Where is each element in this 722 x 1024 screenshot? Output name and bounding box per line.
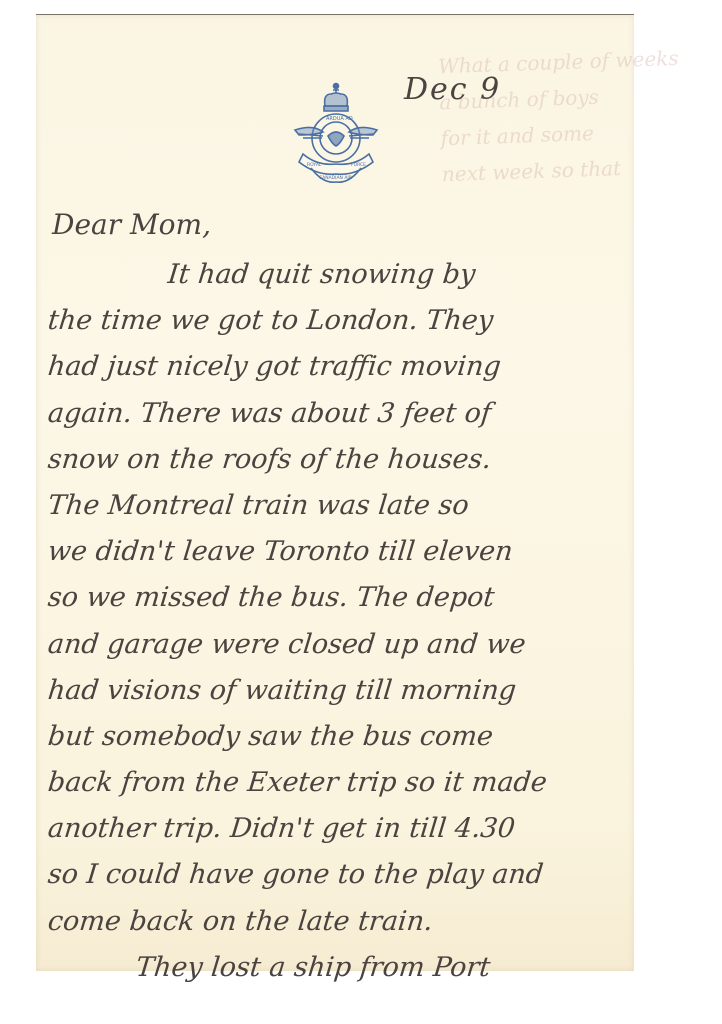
svg-text:CANADIAN AIR: CANADIAN AIR <box>319 175 352 181</box>
body-line: The Montreal train was late so <box>46 483 631 529</box>
crest-motto-text: ARDUA AD <box>326 116 353 122</box>
body-line: another trip. Didn't get in till 4.30 <box>46 806 631 852</box>
body-line: but somebody saw the bus come <box>46 714 631 760</box>
body-line: so we missed the bus. The depot <box>46 575 631 621</box>
bleed-line: next week so that <box>441 150 632 193</box>
body-line: we didn't leave Toronto till eleven <box>46 529 631 575</box>
rcaf-crest-icon: ARDUA AD ROYAL FORCE CANADIAN AIR <box>293 80 379 190</box>
body-line: again. There was about 3 feet of <box>46 391 631 437</box>
letter-body: It had quit snowing by the time we got t… <box>48 252 628 991</box>
svg-text:ROYAL: ROYAL <box>307 162 322 168</box>
body-line: and garage were closed up and we <box>46 622 631 668</box>
svg-text:FORCE: FORCE <box>351 162 366 168</box>
letter-date: Dec 9 <box>404 72 501 107</box>
body-line: come back on the late train. <box>46 899 631 945</box>
body-line: It had quit snowing by <box>46 252 631 298</box>
body-line: back from the Exeter trip so it made <box>46 760 631 806</box>
salutation: Dear Mom, <box>52 208 211 241</box>
body-line: the time we got to London. They <box>46 298 631 344</box>
body-line: They lost a ship from Port <box>46 945 631 991</box>
body-line: had visions of waiting till morning <box>46 668 631 714</box>
bleed-through-text: What a couple of weeks a bunch of boys f… <box>438 42 633 193</box>
body-line: so I could have gone to the play and <box>46 852 631 898</box>
body-line: snow on the roofs of the houses. <box>46 437 631 483</box>
bleed-line: for it and some <box>440 114 631 157</box>
body-line: had just nicely got traffic moving <box>46 344 631 390</box>
